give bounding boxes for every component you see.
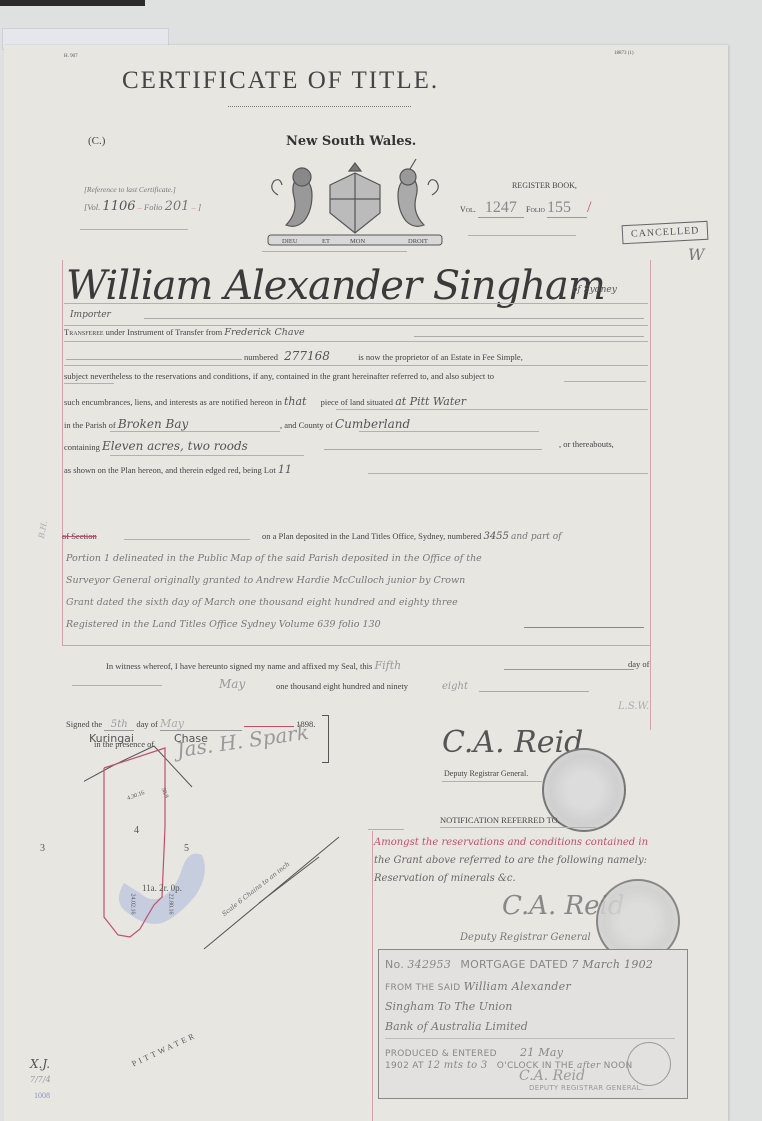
area: Eleven acres, two roods <box>102 439 248 453</box>
plan-area: 11a. 2r. 0p. <box>142 883 182 893</box>
thereabouts-label: , or thereabouts, <box>559 439 614 449</box>
form-code: H. 907 <box>64 54 78 59</box>
lot-number: 11 <box>278 463 292 476</box>
royal-coat-of-arms-icon: DIEU ET MON DROIT <box>260 155 450 247</box>
signed-day: 5th <box>104 719 134 731</box>
numbered-line: numbered 277168 is now the proprietor of… <box>244 349 523 363</box>
register-ref: Vol. 1247 Folio 155/ <box>460 199 591 218</box>
corner-note-3: 1008 <box>34 1091 50 1100</box>
corner-note-2: 7/7/4 <box>30 1075 51 1084</box>
register-book-label: REGISTER BOOK, <box>512 181 577 190</box>
seal-initials: L.S.W. <box>618 701 649 712</box>
plan-right-measure: 22.80.16 <box>168 894 174 915</box>
description-line-3: Grant dated the sixth day of March one t… <box>66 597 458 608</box>
prev-vol: 1106 <box>102 199 135 214</box>
vol-number: 1247 <box>478 199 524 218</box>
subject-line: subject nevertheless to the reservations… <box>64 371 494 381</box>
registrar-title: Deputy Registrar General. <box>444 769 528 778</box>
witness-day: Fifth <box>374 659 401 672</box>
plan-lot-5: 5 <box>184 843 189 854</box>
witness-year-text: one thousand eight hundred and ninety <box>276 681 408 691</box>
notification-title: Deputy Registrar General <box>460 932 591 943</box>
occupation: Importer <box>70 310 111 320</box>
parish: Broken Bay <box>118 417 278 431</box>
notification-line-3: Reservation of minerals &c. <box>374 873 516 884</box>
plan-lot-4: 4 <box>134 825 139 836</box>
prev-folio-label: Folio <box>144 202 162 212</box>
transferee-label: Transferee <box>64 327 104 337</box>
prev-folio: 201 <box>165 199 190 214</box>
parish-line: in the Parish of Broken Bay , and County… <box>64 417 410 431</box>
piece-hand: that <box>284 395 306 408</box>
proprietor-place: of Sydney <box>572 285 617 295</box>
witness-line-1: In witness whereof, I have hereunto sign… <box>106 659 401 672</box>
plan-label-kuringai: Kuringai <box>89 732 134 745</box>
area-line: containing Eleven acres, two roods <box>64 439 248 453</box>
description-line-2: Surveyor General originally granted to A… <box>66 575 465 586</box>
svg-text:ET: ET <box>322 238 330 245</box>
folio-label: Folio <box>526 205 545 214</box>
top-dark-bar <box>0 0 145 6</box>
reference-label: [Reference to last Certificate.] <box>84 185 176 194</box>
svg-text:MON: MON <box>350 238 365 245</box>
mortgage-number: 342953 <box>407 958 451 971</box>
mortgage-stamp: No. 342953 MORTGAGE DATED 7 March 1902 F… <box>378 949 688 1099</box>
section-struck: of Section <box>62 531 97 541</box>
mortgage-seal-icon <box>627 1042 671 1086</box>
plan-line: as shown on the Plan hereon, and therein… <box>64 463 292 476</box>
mortgage-party-1: William Alexander <box>464 980 571 993</box>
print-code: 18873 (1) <box>614 51 634 56</box>
prev-vol-label: [Vol. <box>84 202 100 212</box>
plan-label-chase: Chase <box>174 732 208 745</box>
produced-time: 12 mts to 3 <box>427 1060 488 1071</box>
witness-year: eight <box>442 681 468 692</box>
vol-label: Vol. <box>460 205 476 214</box>
notification-line-2: the Grant above referred to are the foll… <box>374 855 647 866</box>
produced-date: 21 May <box>520 1046 563 1059</box>
transferor: Frederick Chave <box>224 327 304 338</box>
lot-plan-diagram <box>84 745 354 1085</box>
plan-lot-3: 3 <box>40 843 45 854</box>
form-letter: (C.) <box>88 135 105 147</box>
page-title: CERTIFICATE OF TITLE. <box>122 67 439 95</box>
instrument-number: 277168 <box>284 349 330 363</box>
encumbrances-line: such encumbrances, liens, and interests … <box>64 395 466 408</box>
margin-initials: B.H. <box>37 520 49 539</box>
mortgage-signature: C.A. Reid <box>519 1068 585 1084</box>
signed-month: May <box>160 717 242 731</box>
corner-note-1: X.J. <box>30 1057 50 1071</box>
folio-number: 155 <box>547 199 587 218</box>
svg-text:DIEU: DIEU <box>282 238 298 245</box>
state-name: New South Wales. <box>286 134 416 149</box>
plan-left-measure: 24.02.16 <box>130 894 136 915</box>
title-rule <box>228 106 411 107</box>
county: Cumberland <box>335 417 410 431</box>
transfer-line: Transferee under Instrument of Transfer … <box>64 327 305 338</box>
mortgage-date: 7 March 1902 <box>571 958 653 971</box>
mortgage-party-2: Singham To The Union <box>385 1000 512 1013</box>
margin-initial: W <box>688 245 704 264</box>
notification-heading: NOTIFICATION REFERRED TO. <box>440 815 560 825</box>
mortgage-registrar-title: DEPUTY REGISTRAR GENERAL. <box>529 1084 643 1092</box>
description-line-1: Portion 1 delineated in the Public Map o… <box>66 553 482 564</box>
witness-month: May <box>219 677 245 691</box>
mortgage-party-3: Bank of Australia Limited <box>385 1020 528 1033</box>
prev-ref: [Vol. 1106 – Folio 201 – ] <box>84 199 201 214</box>
notification-line-1: Amongst the reservations and conditions … <box>374 837 648 848</box>
deposited-line: on a Plan deposited in the Land Titles O… <box>262 531 561 542</box>
description-line-4: Registered in the Land Titles Office Syd… <box>66 619 381 630</box>
svg-text:DROIT: DROIT <box>408 238 428 245</box>
certificate-page: H. 907 18873 (1) CERTIFICATE OF TITLE. (… <box>4 45 728 1121</box>
cancelled-stamp: CANCELLED <box>622 221 709 244</box>
plan-number: 3455 <box>483 531 508 542</box>
location: at Pitt Water <box>395 395 466 408</box>
